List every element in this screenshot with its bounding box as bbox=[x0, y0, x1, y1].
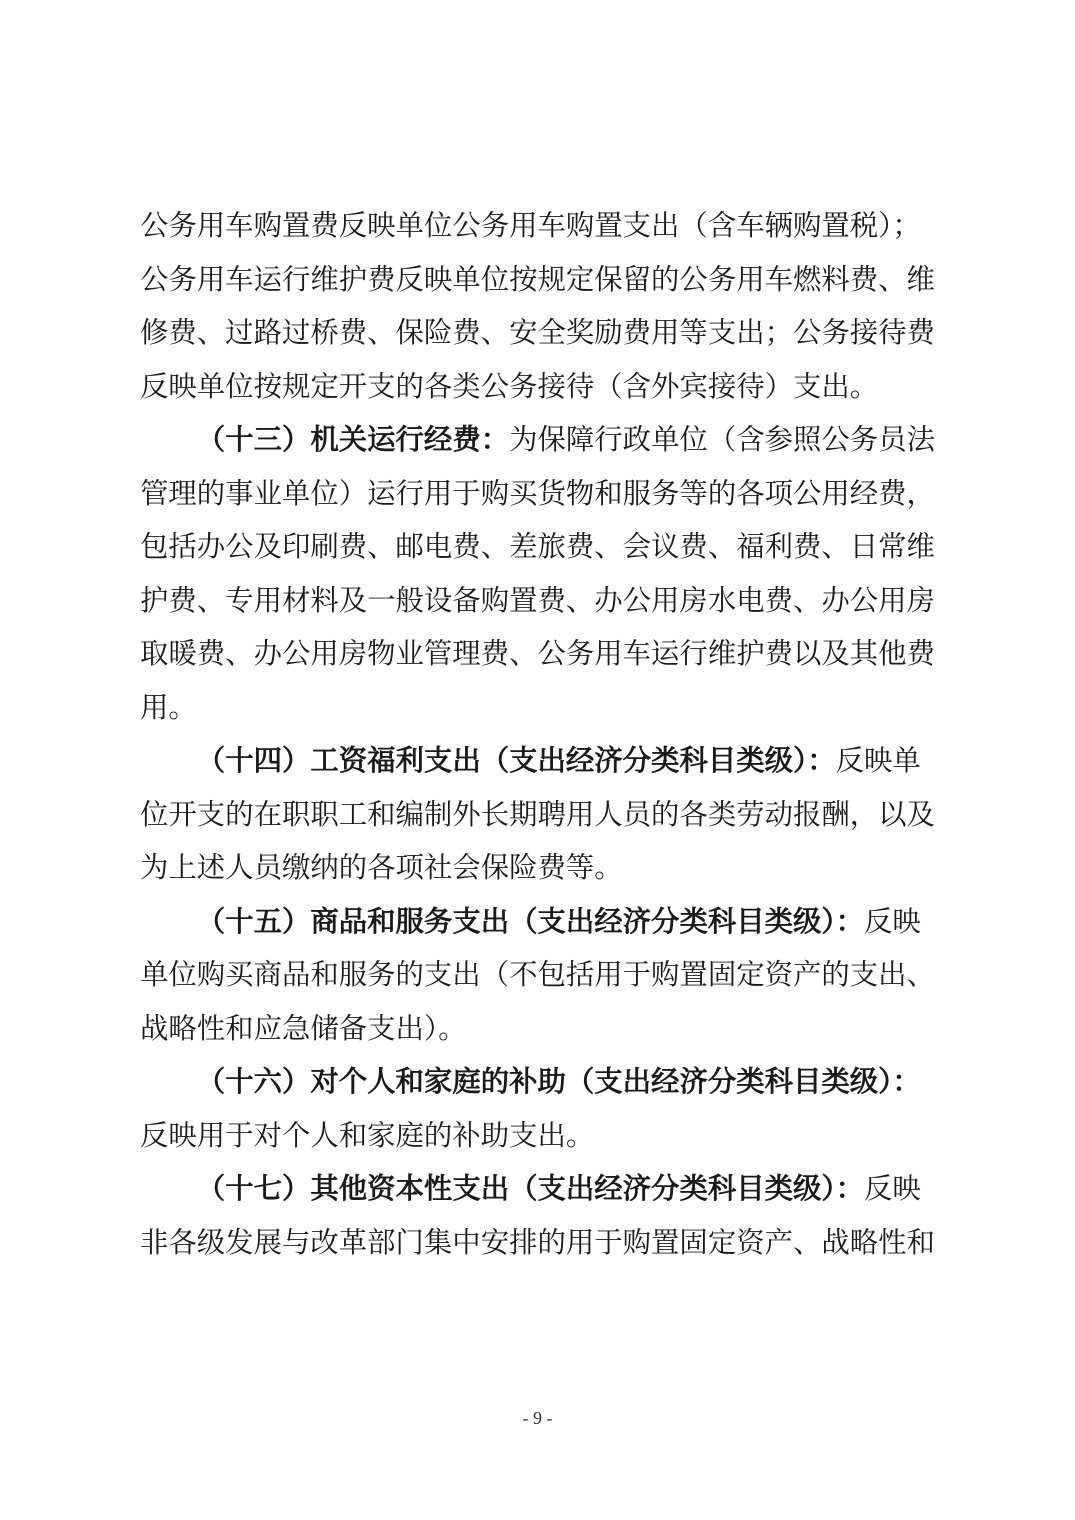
text-line: 位开支的在职职工和编制外长期聘用人员的各类劳动报酬，以及 bbox=[140, 788, 940, 842]
section-first-line: （十六）对个人和家庭的补助（支出经济分类科目类级）： bbox=[140, 1055, 940, 1109]
section-heading: （十六）对个人和家庭的补助（支出经济分类科目类级）： bbox=[197, 1064, 921, 1098]
text-line: 管理的事业单位）运行用于购买货物和服务等的各项公用经费， bbox=[140, 467, 940, 521]
page-number: - 9 - bbox=[0, 1408, 1075, 1429]
section-first-line: （十三）机关运行经费：为保障行政单位（含参照公务员法 bbox=[140, 413, 940, 467]
text-line: 修费、过路过桥费、保险费、安全奖励费用等支出；公务接待费 bbox=[140, 306, 940, 360]
text-line: 反映单位按规定开支的各类公务接待（含外宾接待）支出。 bbox=[140, 360, 940, 414]
section-17-other-capital-expenditure: （十七）其他资本性支出（支出经济分类科目类级）：反映 非各级发展与改革部门集中安… bbox=[140, 1162, 940, 1269]
text-fragment: 反映单 bbox=[836, 744, 921, 777]
text-line: 包括办公及印刷费、邮电费、差旅费、会议费、福利费、日常维 bbox=[140, 520, 940, 574]
section-heading: （十四）工资福利支出（支出经济分类科目类级）： bbox=[197, 743, 836, 777]
section-heading: （十五）商品和服务支出（支出经济分类科目类级）： bbox=[197, 904, 864, 938]
text-line: 为上述人员缴纳的各项社会保险费等。 bbox=[140, 841, 940, 895]
text-fragment: 反映 bbox=[864, 905, 921, 938]
paragraph-vehicle-expenses: 公务用车购置费反映单位公务用车购置支出（含车辆购置税）； 公务用车运行维护费反映… bbox=[140, 199, 940, 413]
text-line: 非各级发展与改革部门集中安排的用于购置固定资产、战略性和 bbox=[140, 1216, 940, 1270]
text-fragment: 反映 bbox=[864, 1172, 921, 1205]
text-line: 用。 bbox=[140, 681, 940, 735]
section-16-household-subsidies: （十六）对个人和家庭的补助（支出经济分类科目类级）： 反映用于对个人和家庭的补助… bbox=[140, 1055, 940, 1162]
text-line: 单位购买商品和服务的支出（不包括用于购置固定资产的支出、 bbox=[140, 948, 940, 1002]
text-line: 战略性和应急储备支出）。 bbox=[140, 1002, 940, 1056]
text-fragment: 为保障行政单位（含参照公务员法 bbox=[509, 423, 935, 456]
section-heading: （十七）其他资本性支出（支出经济分类科目类级）： bbox=[197, 1171, 864, 1205]
document-body: 公务用车购置费反映单位公务用车购置支出（含车辆购置税）； 公务用车运行维护费反映… bbox=[140, 199, 940, 1269]
document-page: 公务用车购置费反映单位公务用车购置支出（含车辆购置税）； 公务用车运行维护费反映… bbox=[0, 0, 1075, 1520]
text-line: 公务用车购置费反映单位公务用车购置支出（含车辆购置税）； bbox=[140, 199, 940, 253]
section-first-line: （十七）其他资本性支出（支出经济分类科目类级）：反映 bbox=[140, 1162, 940, 1216]
section-heading: （十三）机关运行经费： bbox=[197, 422, 509, 456]
section-first-line: （十五）商品和服务支出（支出经济分类科目类级）：反映 bbox=[140, 895, 940, 949]
text-line: 取暖费、办公用房物业管理费、公务用车运行维护费以及其他费 bbox=[140, 627, 940, 681]
text-line: 反映用于对个人和家庭的补助支出。 bbox=[140, 1109, 940, 1163]
text-line: 护费、专用材料及一般设备购置费、办公用房水电费、办公用房 bbox=[140, 574, 940, 628]
section-14-wages-welfare: （十四）工资福利支出（支出经济分类科目类级）：反映单 位开支的在职职工和编制外长… bbox=[140, 734, 940, 895]
section-first-line: （十四）工资福利支出（支出经济分类科目类级）：反映单 bbox=[140, 734, 940, 788]
text-line: 公务用车运行维护费反映单位按规定保留的公务用车燃料费、维 bbox=[140, 253, 940, 307]
section-13-agency-operating-funds: （十三）机关运行经费：为保障行政单位（含参照公务员法 管理的事业单位）运行用于购… bbox=[140, 413, 940, 734]
section-15-goods-services: （十五）商品和服务支出（支出经济分类科目类级）：反映 单位购买商品和服务的支出（… bbox=[140, 895, 940, 1056]
